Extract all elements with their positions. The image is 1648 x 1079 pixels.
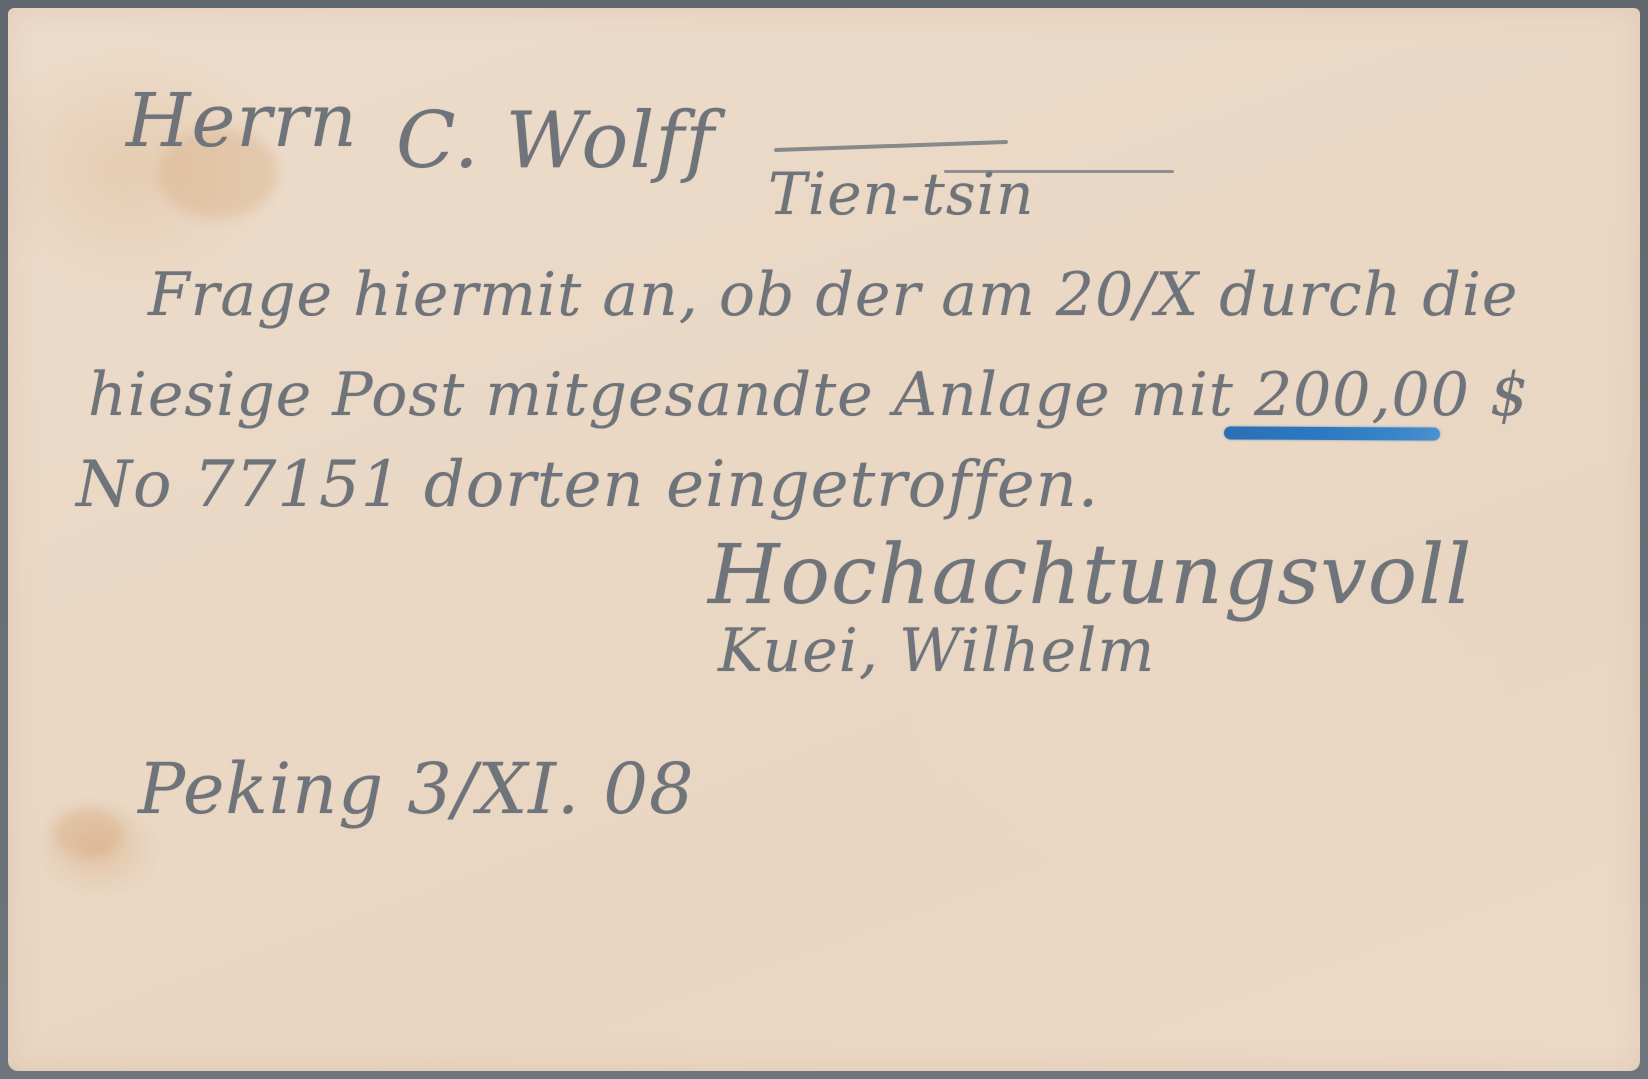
addressee-name: C. Wolff — [396, 96, 715, 186]
greeting-text: Herrn — [126, 78, 358, 164]
postcard: Herrn C. Wolff Tien-tsin Frage hiermit a… — [8, 8, 1640, 1071]
body-line-2: hiesige Post mitgesandte Anlage mit 200,… — [88, 360, 1529, 430]
scan-background: Herrn C. Wolff Tien-tsin Frage hiermit a… — [0, 0, 1648, 1079]
strikethrough-line — [774, 140, 1008, 152]
blue-underline-amount — [1224, 426, 1440, 440]
body-line-3: No 77151 dorten eingetroffen. — [76, 448, 1099, 522]
place-and-date: Peking 3/XI. 08 — [138, 748, 695, 830]
signature-closing: Hochachtungsvoll — [708, 528, 1473, 623]
strikethrough-line — [944, 170, 1174, 173]
signature-name: Kuei, Wilhelm — [718, 616, 1155, 686]
paper-stain — [53, 808, 123, 858]
body-line-1: Frage hiermit an, ob der am 20/X durch d… — [148, 260, 1518, 330]
